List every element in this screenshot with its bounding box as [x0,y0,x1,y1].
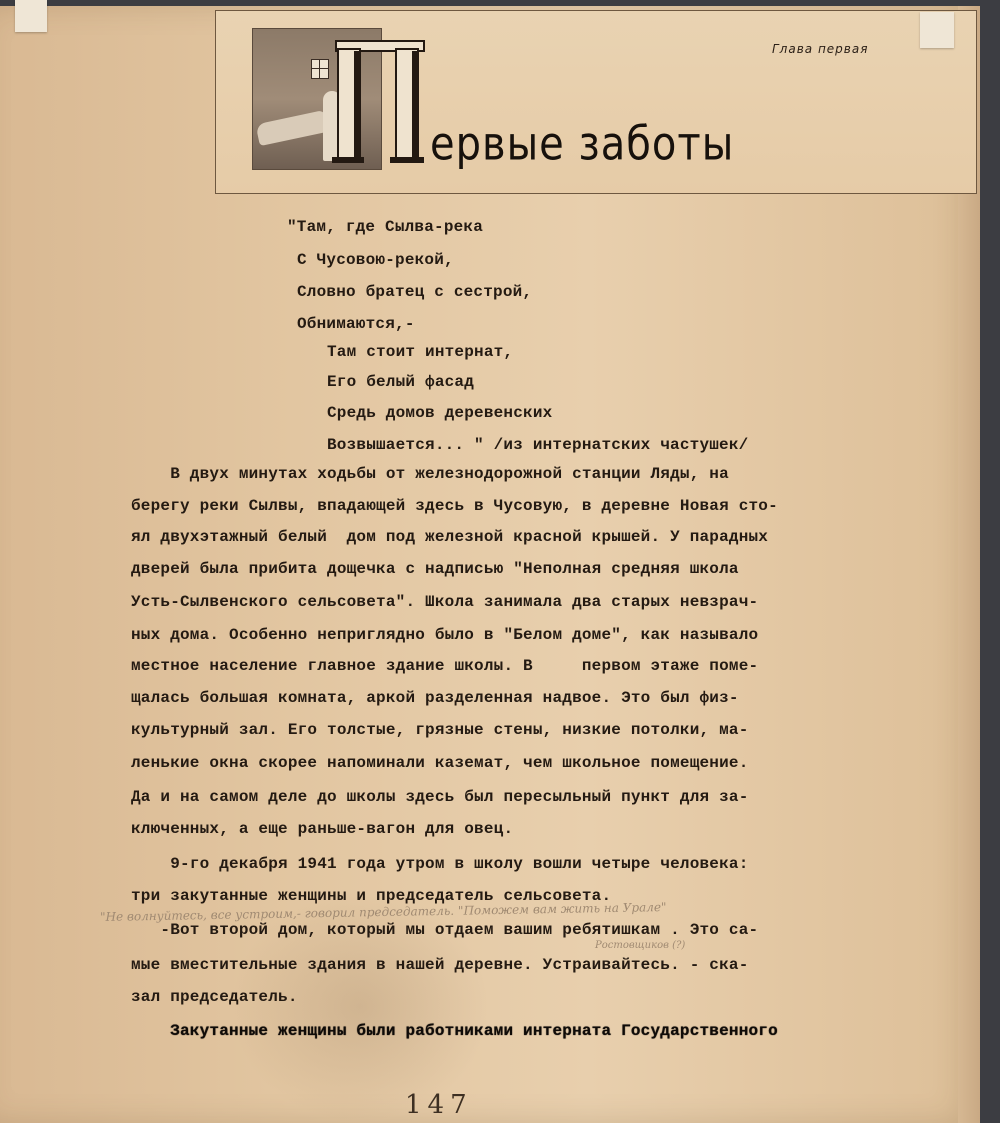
bed-figure [255,110,328,146]
body-line: В двух минутах ходьбы от железнодорожной… [131,465,729,483]
body-line: зал председатель. [131,988,298,1006]
tape-strip-right [920,12,954,48]
drop-cap-letter [330,35,430,167]
epigraph-line: Словно братец с сестрой, [297,283,532,301]
body-line: берегу реки Сылвы, впадающей здесь в Чус… [131,497,778,515]
epigraph-line: Его белый фасад [327,373,474,391]
epigraph-line: Средь домов деревенских [327,404,552,422]
body-line: -Вот второй дом, который мы отдаем вашим… [131,921,758,939]
epigraph-line: "Там, где Сылва-река [287,218,483,236]
body-line: дверей была прибита дощечка с надписью "… [131,560,739,578]
body-line: Да и на самом деле до школы здесь был пе… [131,788,749,806]
chapter-title: ервые заботы [430,118,734,171]
body-line: мые вместительные здания в нашей деревне… [131,956,749,974]
epigraph-line: Обнимаются,- [297,315,415,333]
body-line: 9-го декабря 1941 года утром в школу вош… [131,855,749,873]
body-line: ных дома. Особенно неприглядно было в "Б… [131,626,758,644]
body-line: Закутанные женщины были работниками инте… [131,1022,778,1040]
body-line: местное население главное здание школы. … [131,657,758,675]
tape-strip-left [15,0,47,32]
window-icon [311,59,329,79]
epigraph-line: Возвышается... " /из интернатских частуш… [327,436,748,454]
body-line: культурный зал. Его толстые, грязные сте… [131,721,749,739]
body-line: щалась большая комната, аркой разделенна… [131,689,739,707]
body-line: Усть-Сылвенского сельсовета". Школа зани… [131,593,758,611]
handwritten-note: Ростовщиков (?) [595,940,685,951]
page-number: 147 [405,1090,473,1120]
epigraph-line: С Чусовою-рекой, [297,251,454,269]
epigraph-line: Там стоит интернат, [327,343,513,361]
body-line: ял двухэтажный белый дом под железной кр… [131,528,768,546]
chapter-label: Глава первая [772,42,868,56]
body-line: ленькие окна скорее напоминали каземат, … [131,754,749,772]
body-line: ключенных, а еще раньше-вагон для овец. [131,820,513,838]
